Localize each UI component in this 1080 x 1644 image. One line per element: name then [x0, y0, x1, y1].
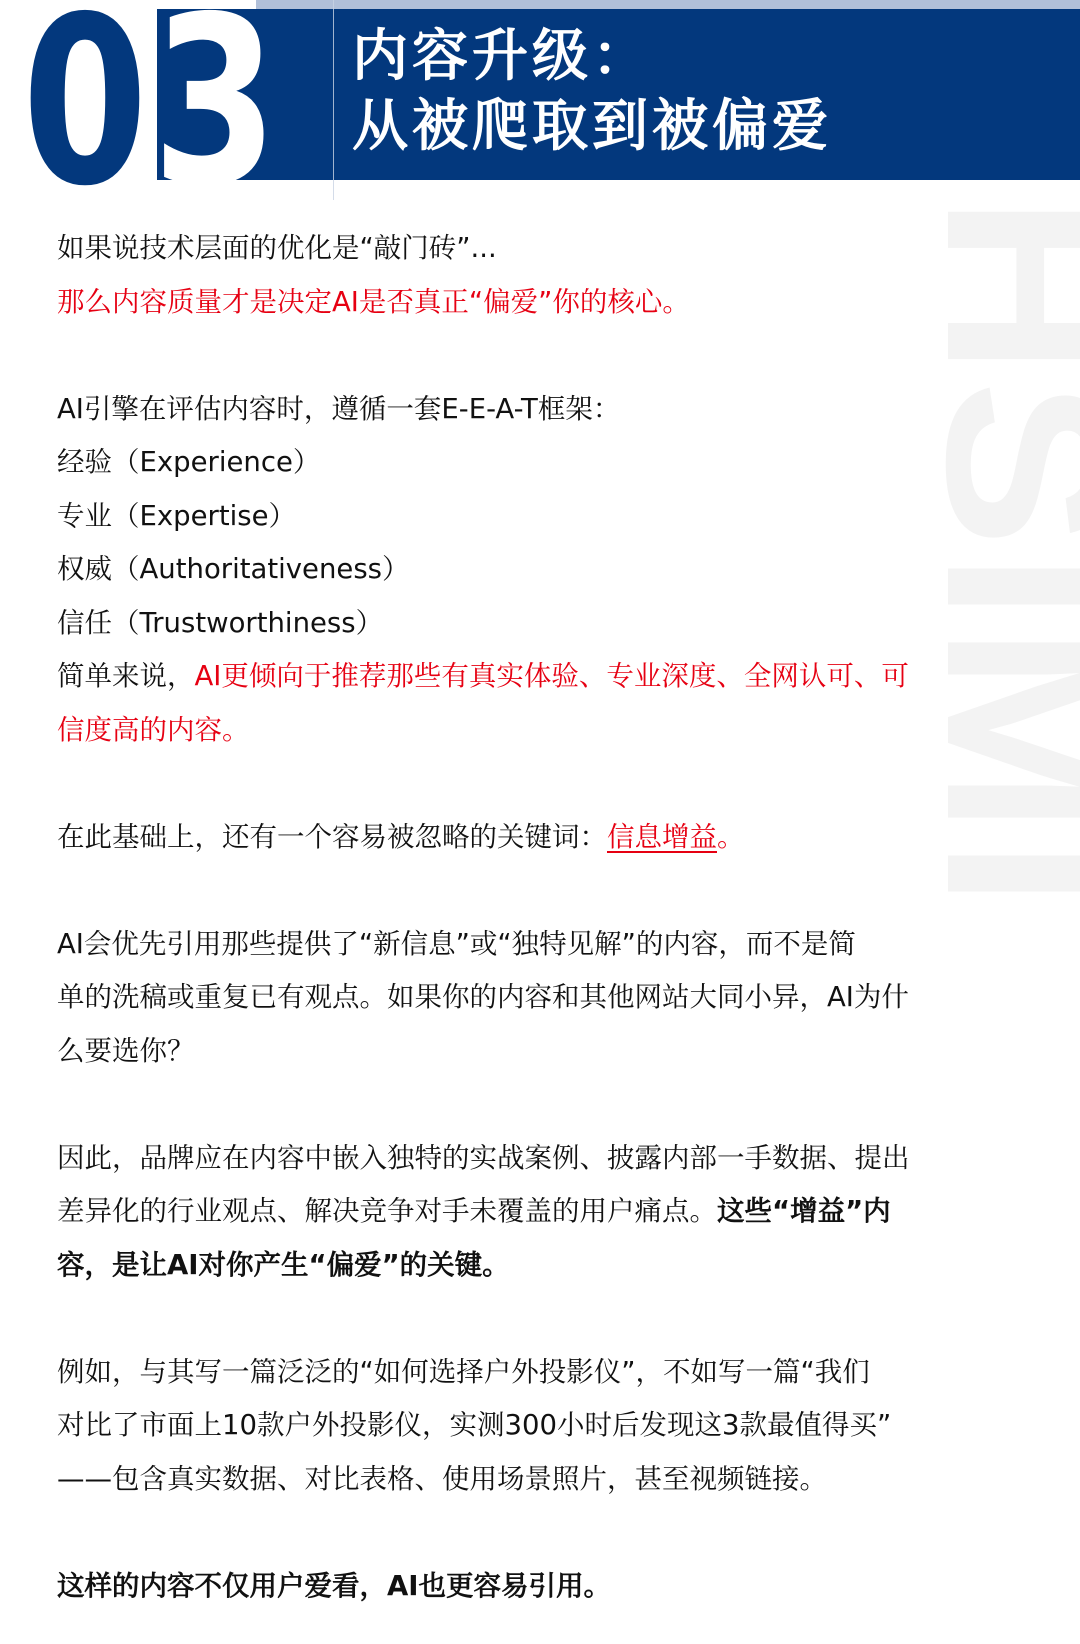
- bold-text: 容，是让AI对你产生“偏爱”的关键。: [57, 1249, 510, 1281]
- highlight-text: AI更倾向于推荐那些有真实体验、专业深度、全网认可、可: [195, 660, 909, 692]
- info-gain-link[interactable]: 信息增益: [607, 821, 717, 853]
- header-divider: [333, 0, 334, 200]
- paragraph-example: 例如，与其写一篇泛泛的“如何选择户外投影仪”，不如写一篇“我们 对比了市面上10…: [57, 1346, 997, 1507]
- eeat-item: 权威（Authoritativeness）: [57, 553, 409, 585]
- paragraph-priority: AI会优先引用那些提供了“新信息”或“独特见解”的内容，而不是简 单的洗稿或重复…: [57, 918, 997, 1079]
- bold-text: 这样的内容不仅用户爱看，AI也更容易引用。: [57, 1570, 611, 1602]
- highlight-text: 信度高的内容。: [57, 714, 250, 746]
- section-number-digit-3: 3: [152, 0, 272, 218]
- section-number-digit-0: 0: [22, 0, 142, 218]
- eeat-item: 专业（Expertise）: [57, 500, 296, 532]
- bold-text: 这些“增益”内: [717, 1195, 891, 1227]
- paragraph-info-gain: 在此基础上，还有一个容易被忽略的关键词：信息增益。: [57, 811, 997, 865]
- eeat-item: 经验（Experience）: [57, 446, 320, 478]
- section-title: 内容升级： 从被爬取到被偏爱: [352, 22, 832, 162]
- paragraph-eeat: AI引擎在评估内容时，遵循一套E-E-A-T框架： 经验（Experience）…: [57, 383, 997, 758]
- section-title-line-1: 内容升级：: [352, 22, 832, 92]
- eeat-item: 信任（Trustworthiness）: [57, 607, 383, 639]
- header-accent-strip: [256, 0, 1080, 9]
- article-body: 如果说技术层面的优化是“敲门砖”... 那么内容质量才是决定AI是否真正“偏爱”…: [57, 222, 997, 1613]
- highlight-text: 那么内容质量才是决定AI是否真正“偏爱”你的核心。: [57, 286, 690, 318]
- paragraph-conclusion: 这样的内容不仅用户爱看，AI也更容易引用。: [57, 1560, 997, 1614]
- paragraph-intro: 如果说技术层面的优化是“敲门砖”... 那么内容质量才是决定AI是否真正“偏爱”…: [57, 222, 997, 329]
- paragraph-brand: 因此，品牌应在内容中嵌入独特的实战案例、披露内部一手数据、提出 差异化的行业观点…: [57, 1132, 997, 1293]
- section-title-line-2: 从被爬取到被偏爱: [352, 92, 832, 162]
